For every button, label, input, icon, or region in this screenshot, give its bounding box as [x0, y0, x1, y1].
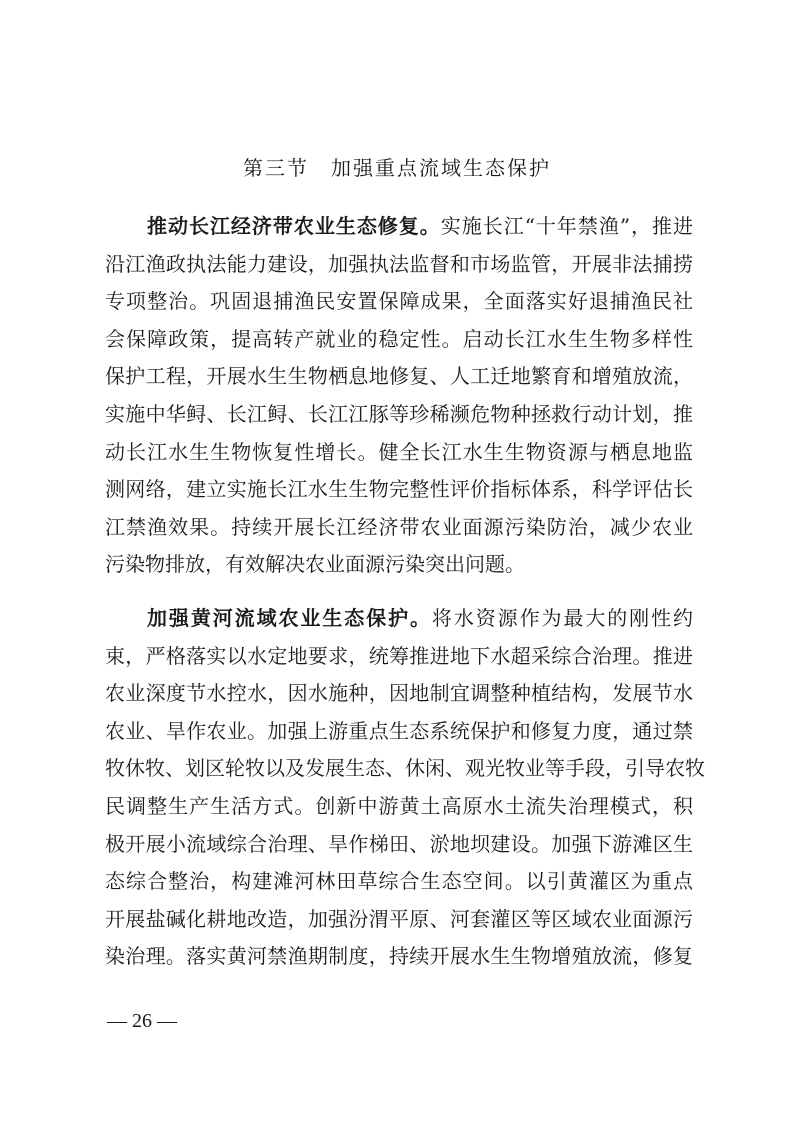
- text-line: 极开展小流域综合治理、旱作梯田、淤地坝建设。加强下游滩区生: [105, 826, 693, 864]
- text-line: 保护工程，开展水生生物栖息地修复、人工迁地繁育和增殖放流，: [105, 358, 693, 396]
- section-title: 第三节 加强重点流域生态保护: [0, 152, 794, 181]
- paragraph-first-line: 推动长江经济带农业生态修复。实施长江“十年禁渔”，推进: [105, 208, 693, 246]
- text-line: 牧休牧、划区轮牧以及发展生态、休闲、观光牧业等手段，引导农牧: [105, 750, 693, 788]
- page-number: — 26 —: [107, 1010, 177, 1033]
- text-line: 实施中华鲟、长江鲟、长江江豚等珍稀濒危物种拯救行动计划，推: [105, 396, 693, 434]
- document-page: 第三节 加强重点流域生态保护 推动长江经济带农业生态修复。实施长江“十年禁渔”，…: [0, 0, 794, 1123]
- text-line: 污染物排放，有效解决农业面源污染突出问题。: [105, 546, 693, 584]
- text-line: 染治理。落实黄河禁渔期制度，持续开展水生生物增殖放流，修复: [105, 938, 693, 976]
- text-line: 束，严格落实以水定地要求，统筹推进地下水超采综合治理。推进: [105, 638, 693, 676]
- text-line: 农业、旱作农业。加强上游重点生态系统保护和修复力度，通过禁: [105, 713, 693, 751]
- text-line: 专项整治。巩固退捕渔民安置保障成果，全面落实好退捕渔民社: [105, 283, 693, 321]
- paragraph-lead: 加强黄河流域农业生态保护。: [147, 606, 432, 630]
- text-line: 会保障政策，提高转产就业的稳定性。启动长江水生生物多样性: [105, 321, 693, 359]
- text-line: 江禁渔效果。持续开展长江经济带农业面源污染防治，减少农业: [105, 509, 693, 547]
- text-line: 开展盐碱化耕地改造，加强汾渭平原、河套灌区等区域农业面源污: [105, 901, 693, 939]
- text-line: 态综合整治，构建滩河林田草综合生态空间。以引黄灌区为重点: [105, 863, 693, 901]
- paragraph-yangtze: 推动长江经济带农业生态修复。实施长江“十年禁渔”，推进 沿江渔政执法能力建设，加…: [105, 208, 693, 584]
- paragraph-first-line: 加强黄河流域农业生态保护。将水资源作为最大的刚性约: [105, 600, 693, 638]
- paragraph-yellow-river: 加强黄河流域农业生态保护。将水资源作为最大的刚性约 束，严格落实以水定地要求，统…: [105, 600, 693, 976]
- paragraph-lead: 推动长江经济带农业生态修复。: [147, 214, 441, 238]
- text-line: 农业深度节水控水，因水施种，因地制宜调整种植结构，发展节水: [105, 675, 693, 713]
- text-line: 沿江渔政执法能力建设，加强执法监督和市场监管，开展非法捕捞: [105, 246, 693, 284]
- text-line: 动长江水生生物恢复性增长。健全长江水生生物资源与栖息地监: [105, 434, 693, 472]
- text-line: 民调整生产生活方式。创新中游黄土高原水土流失治理模式，积: [105, 788, 693, 826]
- text-line: 测网络，建立实施长江水生生物完整性评价指标体系，科学评估长: [105, 471, 693, 509]
